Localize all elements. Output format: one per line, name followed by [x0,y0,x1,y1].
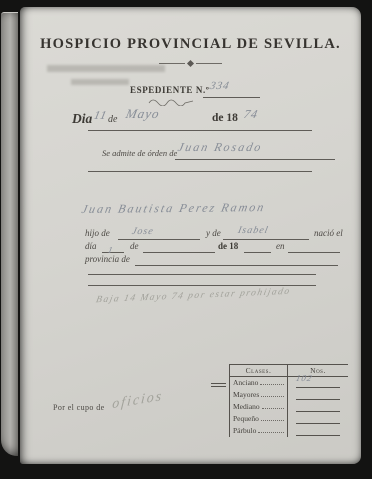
ink-bleedthrough [45,65,180,85]
date-year-handwritten: 74 [242,107,259,122]
cupo-value-handwritten: oficios [112,389,164,413]
date-rule-line [88,129,312,131]
admission-blank-line [175,158,335,160]
espediente-blank-line [203,96,260,98]
page-stack-edge [1,12,18,456]
cupo-label: Por el cupo de [53,403,105,412]
mother-blank-line [223,238,309,240]
father-name-handwritten: Jose [131,226,155,237]
espediente-label: ESPEDIENTE N.º [130,85,209,95]
father-blank-line [118,238,200,240]
admission-label: Se admite de órden de [102,148,177,158]
inmate-name-handwritten: Juan Bautista Perez Ramon [80,200,267,217]
table-row: Pequeño [230,413,348,425]
anciano-dash-mark [211,383,226,389]
birth-de-label: de [130,241,139,251]
row-label: Pequeño [233,414,259,423]
squiggle-ornament [148,98,194,106]
table-header-row: Clases. Nos. [230,365,348,377]
provincia-label: provincia de [85,254,130,264]
provincia-blank-line [135,264,338,266]
page-title: HOSPICIO PROVINCIAL DE SEVILLA. [20,36,361,53]
birth-place-blank-line [288,251,340,253]
nacio-el-label: nació el [314,228,343,238]
birth-de18-label: de 18 [218,241,238,251]
admission-value-handwritten: Juan Rosado [176,140,264,155]
extra-blank-line-1 [88,273,316,275]
date-de18-label: de 18 [212,112,238,124]
document-page: HOSPICIO PROVINCIAL DE SEVILLA. ESPEDIEN… [20,7,361,464]
table-row: Párbulo [230,425,348,437]
table-row: Mediano [230,401,348,413]
clases-table: Clases. Nos. Anciano 102 Mayores Mediano… [229,364,348,437]
date-de-label: de [108,114,117,125]
birth-day-label: día [85,241,97,251]
date-month-handwritten: Mayo [124,106,161,122]
date-day-handwritten: 11 [92,108,108,123]
birth-month-blank-line [143,251,215,253]
table-row: Anciano 102 [230,377,348,389]
clases-header: Clases. [246,366,272,375]
hijo-de-label: hijo de [85,228,110,238]
pencil-note-handwritten: Baja 14 Mayo 74 por estar prohijado [95,287,292,306]
y-de-label: y de [206,228,221,238]
birth-year-blank-line [244,251,271,253]
date-dia-label: Dia [72,111,92,127]
row-label: Párbulo [233,426,256,435]
espediente-number-handwritten: 334 [209,80,231,92]
separator-rule-line [88,170,312,172]
row-label: Anciano [233,378,258,387]
extra-blank-line-2 [88,284,316,286]
table-row: Mayores [230,389,348,401]
birth-en-label: en [276,241,285,251]
row-label: Mediano [233,402,260,411]
row-label: Mayores [233,390,259,399]
anciano-number-handwritten: 102 [295,373,314,383]
mother-name-handwritten: Isabel [237,225,270,236]
